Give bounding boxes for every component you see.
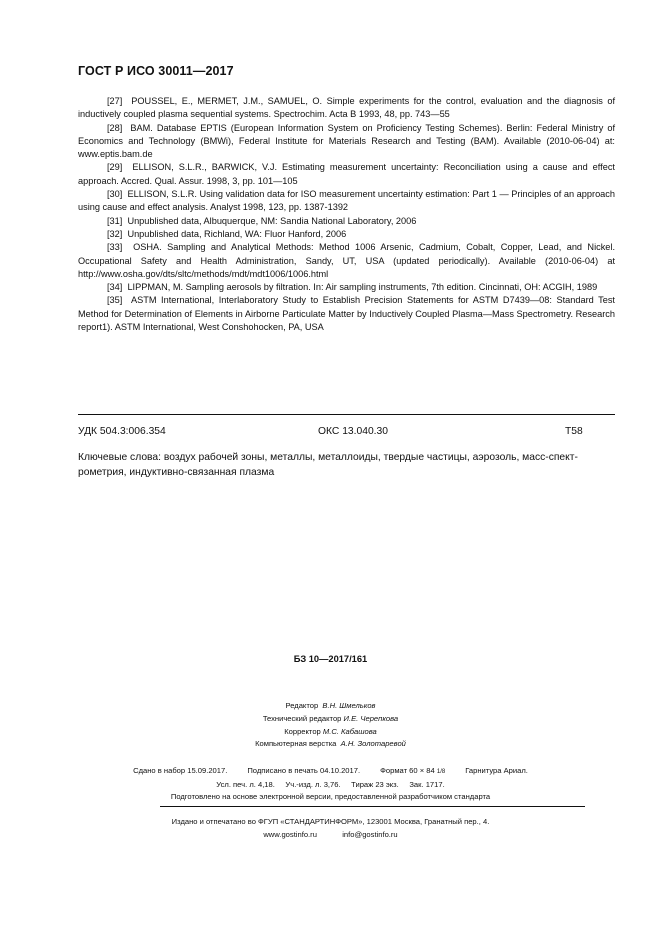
reference-item: [30] ELLISON, S.L.R. Using validation da… [78, 188, 615, 215]
reference-text: Unpublished data, Albuquerque, NM: Sandi… [127, 216, 416, 226]
publisher-email[interactable]: info@gostinfo.ru [342, 830, 397, 839]
print-imprint: Сдано в набор 15.09.2017.Подписано в печ… [0, 765, 661, 804]
reference-number: [27] [107, 96, 122, 106]
publisher-address: Издано и отпечатано во ФГУП «СТАНДАРТИНФ… [0, 815, 661, 828]
editor-name: А.Н. Золотаревой [341, 739, 406, 748]
imprint-divider [160, 806, 585, 807]
submitted-date: Сдано в набор 15.09.2017. [133, 766, 227, 775]
reference-number: [33] [107, 242, 122, 252]
reference-text: ELLISON, S.L.R. Using validation data fo… [78, 189, 615, 212]
print-sheets: Усл. печ. л. 4,18. [216, 780, 275, 789]
imprint-line-3: Подготовлено на основе электронной верси… [0, 791, 661, 804]
print-run: Тираж 23 экз. [351, 780, 399, 789]
signed-date: Подписано в печать 04.10.2017. [247, 766, 360, 775]
editor-name: В.Н. Шмельков [322, 701, 375, 710]
reference-number: [31] [107, 216, 122, 226]
editor-name: И.Е. Черепкова [344, 714, 399, 723]
document-page: ГОСТ Р ИСО 30011—2017 [27] POUSSEL, E., … [0, 0, 661, 936]
reference-text: LIPPMAN, M. Sampling aerosols by filtrat… [127, 282, 597, 292]
imprint-line-2: Усл. печ. л. 4,18. Уч.-изд. л. 3,76. Тир… [0, 779, 661, 792]
group-code: Т58 [565, 426, 583, 437]
oks-code: ОКС 13.040.30 [318, 426, 388, 437]
publisher-website[interactable]: www.gostinfo.ru [263, 830, 317, 839]
publishing-sheets: Уч.-изд. л. 3,76. [285, 780, 340, 789]
reference-text: Unpublished data, Richland, WA: Fluor Ha… [127, 229, 346, 239]
paper-format: Формат 60 × 84 [380, 766, 435, 775]
editor-line: Технический редактор И.Е. Черепкова [0, 713, 661, 726]
reference-number: [34] [107, 282, 122, 292]
editor-role: Компьютерная верстка [255, 739, 336, 748]
order-number: Зак. 1717. [409, 780, 444, 789]
publisher-info: Издано и отпечатано во ФГУП «СТАНДАРТИНФ… [0, 815, 661, 841]
format-fraction: 1/8 [437, 769, 445, 775]
reference-text: OSHA. Sampling and Analytical Methods: M… [78, 242, 615, 279]
bz-number: БЗ 10—2017/161 [0, 654, 661, 664]
reference-number: [29] [107, 162, 122, 172]
reference-item: [27] POUSSEL, E., MERMET, J.M., SAMUEL, … [78, 95, 615, 122]
reference-text: ASTM International, Interlaboratory Stud… [78, 295, 615, 332]
reference-item: [34] LIPPMAN, M. Sampling aerosols by fi… [78, 281, 615, 294]
reference-number: [30] [107, 189, 122, 199]
reference-item: [32] Unpublished data, Richland, WA: Flu… [78, 228, 615, 241]
reference-item: [35] ASTM International, Interlaboratory… [78, 294, 615, 334]
publisher-contacts: www.gostinfo.ru info@gostinfo.ru [0, 828, 661, 841]
reference-item: [31] Unpublished data, Albuquerque, NM: … [78, 215, 615, 228]
reference-item: [28] BAM. Database EPTIS (European Infor… [78, 122, 615, 162]
keywords: Ключевые слова: воздух рабочей зоны, мет… [78, 451, 615, 480]
udk-code: УДК 504.3:006.354 [78, 426, 166, 437]
editor-name: М.С. Кабашова [323, 727, 377, 736]
editor-line: Компьютерная верстка А.Н. Золотаревой [0, 738, 661, 751]
editor-role: Технический редактор [263, 714, 342, 723]
editor-line: Корректор М.С. Кабашова [0, 726, 661, 739]
reference-number: [28] [107, 123, 122, 133]
bibliography-list: [27] POUSSEL, E., MERMET, J.M., SAMUEL, … [78, 95, 615, 334]
imprint-line-1: Сдано в набор 15.09.2017.Подписано в печ… [0, 765, 661, 779]
reference-text: BAM. Database EPTIS (European Informatio… [78, 123, 615, 160]
editor-role: Редактор [285, 701, 318, 710]
reference-number: [32] [107, 229, 122, 239]
editor-line: Редактор В.Н. Шмельков [0, 700, 661, 713]
reference-item: [29] ELLISON, S.L.R., BARWICK, V.J. Esti… [78, 161, 615, 188]
reference-number: [35] [107, 295, 122, 305]
section-divider [78, 414, 615, 415]
reference-item: [33] OSHA. Sampling and Analytical Metho… [78, 241, 615, 281]
reference-text: ELLISON, S.L.R., BARWICK, V.J. Estimatin… [78, 162, 615, 185]
editorial-credits: Редактор В.Н. Шмельков Технический редак… [0, 700, 661, 751]
page-header-title: ГОСТ Р ИСО 30011—2017 [78, 64, 234, 78]
editor-role: Корректор [284, 727, 321, 736]
reference-text: POUSSEL, E., MERMET, J.M., SAMUEL, O. Si… [78, 96, 615, 119]
typeface: Гарнитура Ариал. [465, 766, 528, 775]
